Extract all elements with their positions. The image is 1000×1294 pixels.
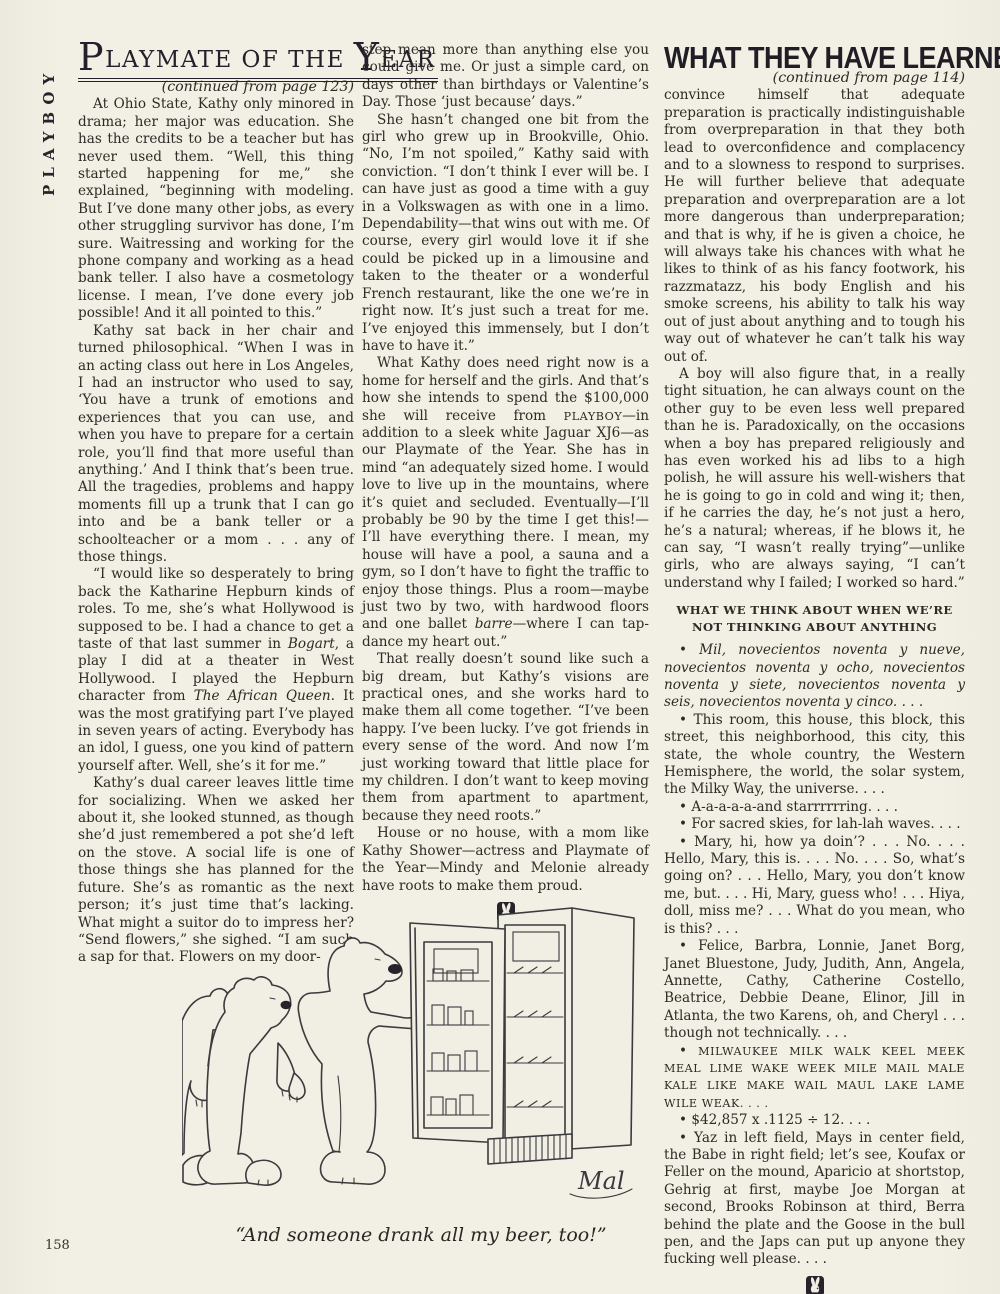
bullet-item: • A-a-a-a-a-and starrrrrring. . . .	[664, 799, 965, 816]
cartoonist-signature: Mal	[577, 1167, 625, 1195]
playboy-bunny-icon	[806, 1276, 824, 1294]
bullet-item: • $42,857 x .1125 ÷ 12. . . .	[664, 1112, 965, 1129]
article-paragraph: A boy will also figure that, in a really…	[664, 366, 965, 592]
left-column: PLAYMATE OF THE YEAR (continued from pag…	[78, 45, 354, 967]
bullet-item: • Mary, hi, how ya doin’? . . . No. . . …	[664, 834, 965, 938]
magazine-page: PLAYBOY PLAYMATE OF THE YEAR (continued …	[0, 0, 1000, 1294]
refrigerator-drawing	[410, 908, 634, 1164]
article-end-mark	[664, 1276, 965, 1294]
magazine-spine-text: PLAYBOY	[40, 67, 58, 196]
right-column: WHAT THEY HAVE LEARNED (continued from p…	[664, 42, 965, 1294]
learned-article-title: WHAT THEY HAVE LEARNED	[664, 42, 965, 73]
article-paragraph: That really doesn’t sound like such a bi…	[362, 651, 649, 825]
title-dropcap-p: P	[78, 35, 105, 79]
bullet-item: • Felice, Barbra, Lonnie, Janet Borg, Ja…	[664, 938, 965, 1042]
bullet-item: • This room, this house, this block, thi…	[664, 712, 965, 799]
article-paragraph: “I would like so desperately to bring ba…	[78, 566, 354, 775]
article-paragraph: What Kathy does need right now is a home…	[362, 355, 649, 651]
cartoon-caption: “And someone drank all my beer, too!”	[182, 1224, 660, 1246]
bullet-item: • MILWAUKEE MILK WALK KEEL MEEK MEAL LIM…	[664, 1043, 965, 1113]
bullet-item: • For sacred skies, for lah-lah waves. .…	[664, 816, 965, 833]
bear-figure-right	[298, 938, 421, 1184]
article-paragraph: step mean more than anything else you co…	[362, 42, 649, 112]
article-paragraph: Kathy sat back in her chair and turned p…	[78, 323, 354, 567]
bullet-item: • Mil, novecientos noventa y nueve, nove…	[664, 642, 965, 712]
bullet-item: • Yaz in left field, Mays in center fiel…	[664, 1130, 965, 1269]
article-paragraph: convince himself that adequate preparati…	[664, 87, 965, 366]
three-bears-cartoon: Mal	[182, 893, 660, 1218]
article-paragraph: She hasn’t changed one bit from the girl…	[362, 112, 649, 356]
article-paragraph: House or no house, with a mom like Kathy…	[362, 825, 649, 895]
middle-column: step mean more than anything else you co…	[362, 42, 649, 927]
page-number: 158	[45, 1238, 70, 1253]
playmate-article-title: PLAYMATE OF THE YEAR	[78, 45, 354, 79]
section-subhead: WHAT WE THINK ABOUT WHEN WE’RENOT THINKI…	[664, 602, 965, 636]
article-paragraph: At Ohio State, Kathy only minored in dra…	[78, 96, 354, 322]
